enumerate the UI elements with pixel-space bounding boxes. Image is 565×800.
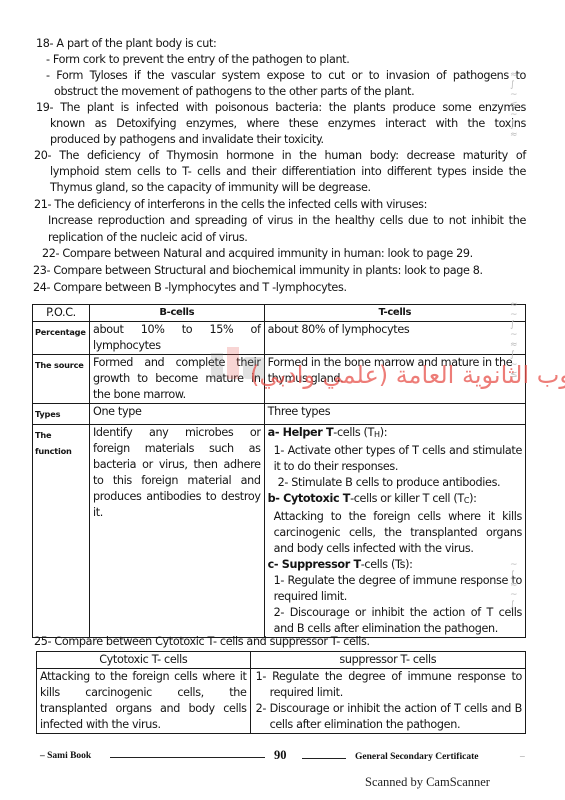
header-suppressor: suppressor T- cells <box>250 652 525 669</box>
row-label: Types <box>33 404 90 425</box>
q20-line1: 20- The deficiency of Thymosin hormone i… <box>34 148 526 164</box>
table-row: Percentage about 10% to 15% of lymphocyt… <box>33 322 526 355</box>
q24: 24- Compare between B -lymphocytes and T… <box>33 280 347 296</box>
q20-line3: Thymus gland, so the capacity of immunit… <box>50 180 371 196</box>
t-cells-cell: about 80% of lymphocytes <box>264 322 525 355</box>
helper-heading: a- Helper T-cells (TH): <box>268 425 522 443</box>
cytotoxic-suppressor-table: Cytotoxic T- cells suppressor T- cells A… <box>36 651 526 734</box>
q21-line1: 21- The deficiency of interferons in the… <box>34 197 427 213</box>
q21-line3: replication of the nucleic acid of virus… <box>48 230 248 246</box>
helper-point-1: 1- Activate other types of T cells and s… <box>268 443 522 475</box>
margin-marks: ≈~∫~≈∫~≤ <box>510 300 528 380</box>
q20-line2: lymphoid stem cells to T- cells and thei… <box>50 164 526 180</box>
header-b-cells: B-cells <box>89 305 264 322</box>
header-poc: P.O.C. <box>33 305 90 322</box>
suppressor-point-1: 1- Regulate the degree of immune respons… <box>268 573 522 605</box>
document-page: 18- A part of the plant body is cut: - F… <box>0 0 565 800</box>
b-cells-cell: Identify any microbes or foreign materia… <box>89 425 264 638</box>
header-t-cells: T-cells <box>264 305 525 322</box>
suppressor-cell: 1- Regulate the degree of immune respons… <box>250 669 525 734</box>
b-cells-cell: One type <box>89 404 264 425</box>
q18-line1: - Form cork to prevent the entry of the … <box>46 52 349 68</box>
q18-title: 18- A part of the plant body is cut: <box>36 36 216 52</box>
cytotoxic-description: Attacking to the foreign cells where it … <box>268 509 522 557</box>
t-cells-cell: Three types <box>264 404 525 425</box>
page-footer: – Sami Book 90 General Secondary Certifi… <box>40 748 530 768</box>
table-row: Types One type Three types <box>33 404 526 425</box>
helper-point-2: 2- Stimulate B cells to produce antibodi… <box>268 475 522 491</box>
q21-line2: Increase reproduction and spreading of v… <box>48 213 526 229</box>
table-row: Attacking to the foreign cells where it … <box>37 669 526 734</box>
q23: 23- Compare between Structural and bioch… <box>33 263 483 279</box>
suppressor-point-1: 1- Regulate the degree of immune respons… <box>254 669 522 701</box>
cytotoxic-cell: Attacking to the foreign cells where it … <box>37 669 251 734</box>
suppressor-point-2: 2- Discourage or inhibit the action of T… <box>268 605 522 637</box>
header-cytotoxic: Cytotoxic T- cells <box>37 652 251 669</box>
cytotoxic-heading: b- Cytotoxic T-cells or killer T cell (T… <box>268 491 522 509</box>
t-cells-function-cell: a- Helper T-cells (TH): 1- Activate othe… <box>264 425 525 638</box>
row-label: Percentage <box>33 322 90 355</box>
margin-marks: ~∫≈~∫ <box>510 560 528 610</box>
row-label: The function <box>33 425 90 638</box>
footer-book-name: – Sami Book <box>40 751 91 761</box>
q25: 25- Compare between Cytotoxic T- cells a… <box>34 634 370 650</box>
q18-line3: obstruct the movement of pathogens to th… <box>54 84 414 100</box>
table-row: The function Identify any microbes or fo… <box>33 425 526 638</box>
q18-line2: - Form Tyloses if the vascular system ex… <box>46 68 526 84</box>
suppressor-heading: c- Suppressor T-cells (Ts): <box>268 557 522 573</box>
q19-line3: produced by pathogens and invalidate the… <box>50 132 324 148</box>
q19-line2: known as Detoxifying enzymes, where thes… <box>50 116 526 132</box>
q22: 22- Compare between Natural and acquired… <box>42 246 473 262</box>
scanner-credit: Scanned by CamScanner <box>365 775 490 790</box>
suppressor-point-2: 2- Discourage or inhibit the action of T… <box>254 701 522 733</box>
footer-certificate: General Secondary Certificate <box>355 752 478 762</box>
page-number: 90 <box>274 748 287 763</box>
b-t-lymphocytes-table: P.O.C. B-cells T-cells Percentage about … <box>32 304 526 638</box>
row-label: The source <box>33 355 90 404</box>
footer-dash: – <box>520 752 525 762</box>
margin-marks: ≈∫~≤~∫≈ <box>510 70 528 140</box>
q19-line1: 19- The plant is infected with poisonous… <box>36 100 526 116</box>
